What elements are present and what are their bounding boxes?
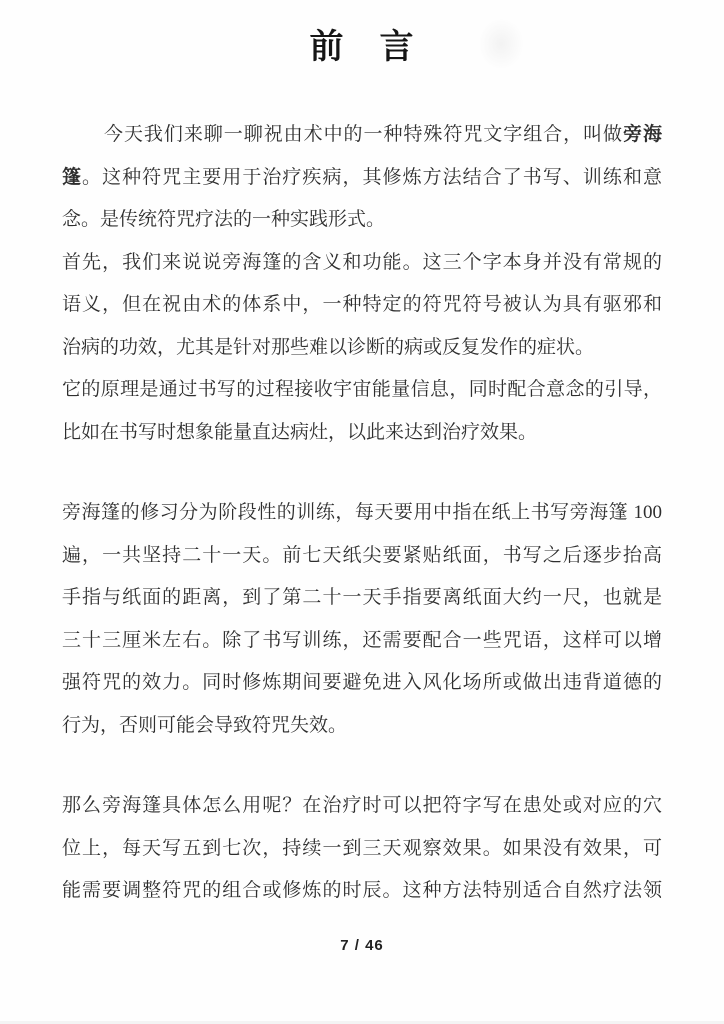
document-lines: 今天我们来聊一聊祝由术中的一种特殊符咒文字组合，叫做旁海篷。这种符咒主要用于治疗… <box>62 114 662 913</box>
text-segment: 遍，一共坚持二十一天。前七天纸尖要紧贴纸面，书写之后逐步抬高 <box>62 545 662 566</box>
text-line: 念。是传统符咒疗法的一种实践形式。 <box>62 199 662 242</box>
text-segment: 它的原理是通过书写的过程接收宇宙能量信息，同时配合意念的引导， <box>62 379 662 400</box>
text-segment: 手指与纸面的距离，到了第二十一天手指要离纸面大约一尺，也就是 <box>62 587 662 608</box>
text-line: 治病的功效，尤其是针对那些难以诊断的病或反复发作的症状。 <box>62 327 662 370</box>
text-segment: 位上，每天写五到七次，持续一到三天观察效果。如果没有效果，可 <box>62 838 662 859</box>
text-line: 能需要调整符咒的组合或修炼的时辰。这种方法特别适合自然疗法领 <box>62 870 662 913</box>
text-line: 行为，否则可能会导致符咒失效。 <box>62 705 662 748</box>
text-segment: 三十三厘米左右。除了书写训练，还需要配合一些咒语，这样可以增 <box>62 630 662 651</box>
text-line: 手指与纸面的距离，到了第二十一天手指要离纸面大约一尺，也就是 <box>62 577 662 620</box>
text-line: 三十三厘米左右。除了书写训练，还需要配合一些咒语，这样可以增 <box>62 620 662 663</box>
footer-page-indicator: 7 / 46 <box>0 937 724 954</box>
text-segment: 语义，但在祝由术的体系中，一种特定的符咒符号被认为具有驱邪和 <box>62 294 662 315</box>
text-line: 它的原理是通过书写的过程接收宇宙能量信息，同时配合意念的引导， <box>62 369 662 412</box>
document-page: 前 言 今天我们来聊一聊祝由术中的一种特殊符咒文字组合，叫做旁海篷。这种符咒主要… <box>0 0 724 1024</box>
paragraph-gap <box>62 747 662 785</box>
text-segment: 那么旁海篷具体怎么用呢？在治疗时可以把符字写在患处或对应的穴 <box>62 795 662 816</box>
text-segment: 能需要调整符咒的组合或修炼的时辰。这种方法特别适合自然疗法领 <box>62 880 662 901</box>
text-segment: 比如在书写时想象能量直达病灶，以此来达到治疗效果。 <box>62 422 537 443</box>
text-line: 首先，我们来说说旁海篷的含义和功能。这三个字本身并没有常规的 <box>62 242 662 285</box>
bold-text-segment: 旁海 <box>623 124 662 145</box>
text-line: 语义，但在祝由术的体系中，一种特定的符咒符号被认为具有驱邪和 <box>62 284 662 327</box>
text-line: 强符咒的效力。同时修炼期间要避免进入风化场所或做出违背道德的 <box>62 662 662 705</box>
bold-text-segment: 篷 <box>62 167 82 188</box>
text-segment: 今天我们来聊一聊祝由术中的一种特殊符咒文字组合，叫做 <box>104 124 623 145</box>
text-segment: 念。是传统符咒疗法的一种实践形式。 <box>62 209 385 230</box>
text-line: 比如在书写时想象能量直达病灶，以此来达到治疗效果。 <box>62 412 662 455</box>
text-line: 位上，每天写五到七次，持续一到三天观察效果。如果没有效果，可 <box>62 828 662 871</box>
text-segment: 。这种符咒主要用于治疗疾病，其修炼方法结合了书写、训练和意 <box>82 167 662 188</box>
text-segment: 旁海篷的修习分为阶段性的训练，每天要用中指在纸上书写旁海篷 100 <box>62 502 662 523</box>
text-segment: 强符咒的效力。同时修炼期间要避免进入风化场所或做出违背道德的 <box>62 672 662 693</box>
page-title: 前 言 <box>0 0 724 68</box>
text-line: 今天我们来聊一聊祝由术中的一种特殊符咒文字组合，叫做旁海 <box>62 114 662 157</box>
paragraph-gap <box>62 454 662 492</box>
text-line: 遍，一共坚持二十一天。前七天纸尖要紧贴纸面，书写之后逐步抬高 <box>62 535 662 578</box>
text-line: 那么旁海篷具体怎么用呢？在治疗时可以把符字写在患处或对应的穴 <box>62 785 662 828</box>
text-segment: 首先，我们来说说旁海篷的含义和功能。这三个字本身并没有常规的 <box>62 252 662 273</box>
text-segment: 行为，否则可能会导致符咒失效。 <box>62 715 347 736</box>
text-segment: 治病的功效，尤其是针对那些难以诊断的病或反复发作的症状。 <box>62 337 594 358</box>
text-line: 旁海篷的修习分为阶段性的训练，每天要用中指在纸上书写旁海篷 100 <box>62 492 662 535</box>
text-line: 篷。这种符咒主要用于治疗疾病，其修炼方法结合了书写、训练和意 <box>62 157 662 200</box>
